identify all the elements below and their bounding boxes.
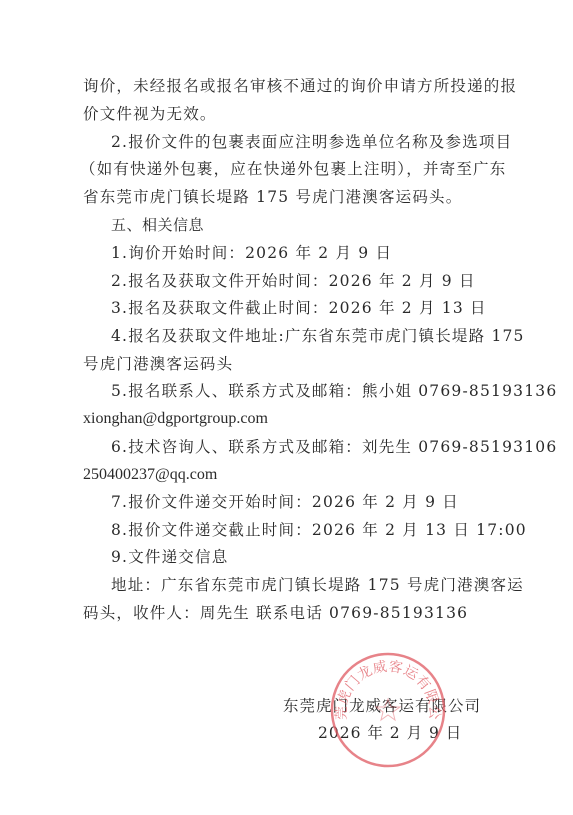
info-line: 5.报名联系人、联系方式及邮箱：熊小姐 0769-85193136 bbox=[111, 382, 557, 400]
signature-date: 2026 年 2 月 9 日 bbox=[318, 721, 462, 743]
info-line: 2.报名及获取文件开始时间：2026 年 2 月 9 日 bbox=[111, 272, 476, 290]
info-line: 地址：广东省东莞市虎门镇长堤路 175 号虎门港澳客运 bbox=[111, 576, 524, 594]
info-line: 7.报价文件递交开始时间：2026 年 2 月 9 日 bbox=[111, 493, 459, 511]
info-line: 3.报名及获取文件截止时间：2026 年 2 月 13 日 bbox=[111, 299, 487, 317]
info-line: 6.技术咨询人、联系方式及邮箱：刘先生 0769-85193106 bbox=[111, 438, 557, 456]
info-line: 1.询价开始时间：2026 年 2 月 9 日 bbox=[111, 244, 392, 262]
document-page: 询价，未经报名或报名审核不通过的询价申请方所投递的报 价文件视为无效。 2.报价… bbox=[0, 0, 573, 815]
info-line: 9.文件递交信息 bbox=[111, 548, 228, 566]
paragraph-line: 省东莞市虎门镇长堤路 175 号虎门港澳客运码头。 bbox=[83, 188, 462, 206]
paragraph-line: （如有快递外包裹，应在快递外包裹上注明），并寄至广东 bbox=[80, 160, 506, 178]
info-line: 8.报价文件递交截止时间：2026 年 2 月 13 日 17:00 bbox=[111, 521, 527, 539]
email-link[interactable]: xionghan@dgportgroup.com bbox=[83, 410, 268, 428]
info-line: 4.报名及获取文件地址:广东省东莞市虎门镇长堤路 175 bbox=[111, 327, 525, 345]
info-line: 码头，收件人：周先生 联系电话 0769-85193136 bbox=[83, 604, 468, 622]
paragraph-line: 询价，未经报名或报名审核不通过的询价申请方所投递的报 bbox=[83, 77, 517, 95]
signature-company: 东莞虎门龙威客运有限公司 bbox=[283, 694, 481, 716]
email-link[interactable]: 250400237@qq.com bbox=[83, 466, 217, 484]
section-heading: 五、相关信息 bbox=[111, 216, 204, 234]
paragraph-line: 2.报价文件的包裹表面应注明参选单位名称及参选项目 bbox=[111, 133, 512, 151]
info-line: 号虎门港澳客运码头 bbox=[83, 355, 233, 373]
paragraph-line: 价文件视为无效。 bbox=[83, 105, 217, 123]
